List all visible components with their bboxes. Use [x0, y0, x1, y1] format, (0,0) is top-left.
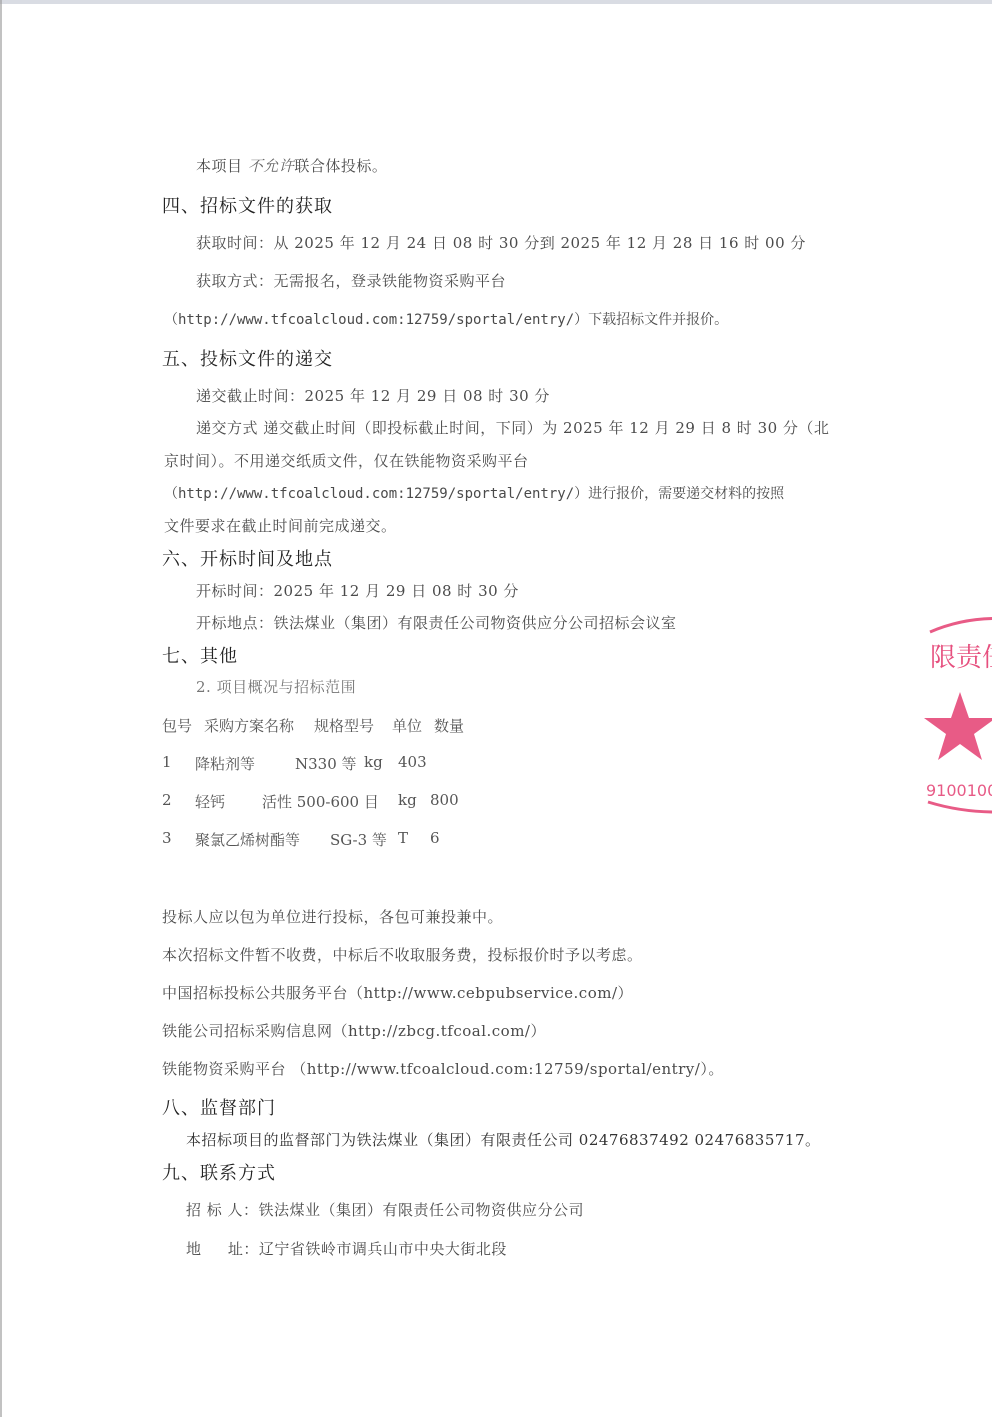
scan-top-band — [0, 0, 992, 4]
table-header-row: 包号 采购方案名称 规格型号 单位 数量 — [162, 715, 562, 735]
opening-time: 开标时间：2025 年 12 月 29 日 08 时 30 分 — [196, 580, 519, 601]
cell-unit: kg — [398, 791, 417, 809]
opening-place: 开标地点：铁法煤业（集团）有限责任公司物资供应分公司招标会议室 — [196, 612, 677, 633]
intro-suffix: 联合体投标。 — [294, 157, 387, 175]
cell-name: 聚氯乙烯树酯等 — [195, 829, 300, 850]
section-7-heading: 七、其他 — [162, 642, 238, 668]
link-cebpubservice[interactable]: 中国招标投标公共服务平台（http://www.cebpubservice.co… — [162, 982, 633, 1003]
col-unit: 单位 — [392, 715, 422, 736]
cell-unit: T — [398, 829, 408, 847]
intro-emphasis: 不允许 — [248, 157, 295, 175]
col-spec: 规格型号 — [314, 715, 374, 736]
cell-no: 2 — [162, 791, 172, 809]
cell-no: 3 — [162, 829, 172, 847]
scan-left-edge — [0, 0, 2, 1417]
contact-tenderer: 招 标 人：铁法煤业（集团）有限责任公司物资供应分公司 — [186, 1199, 584, 1220]
section-6-heading: 六、开标时间及地点 — [162, 545, 333, 571]
section-9-heading: 九、联系方式 — [162, 1159, 276, 1185]
supervision-text: 本招标项目的监督部门为铁法煤业（集团）有限责任公司 02476837492 02… — [186, 1129, 821, 1150]
cell-qty: 800 — [430, 791, 459, 809]
submission-method-line-2: 京时间）。不用递交纸质文件，仅在铁能物资采购平台 — [164, 450, 529, 471]
acquisition-url-line[interactable]: （http://www.tfcoalcloud.com:12759/sporta… — [164, 309, 728, 329]
project-overview-subheading: 2. 项目概况与招标范围 — [196, 676, 356, 697]
intro-prefix: 本项目 — [196, 157, 243, 175]
cell-name: 降粘剂等 — [195, 753, 255, 774]
col-qty: 数量 — [434, 715, 464, 736]
cell-qty: 403 — [398, 753, 427, 771]
col-package-no: 包号 — [162, 715, 192, 736]
company-seal-icon: 限责任公 9100100 — [918, 610, 992, 820]
cell-no: 1 — [162, 753, 172, 771]
table-row: 1 降粘剂等 N330 等 kg 403 — [162, 753, 562, 773]
cell-name: 轻钙 — [195, 791, 225, 812]
acquisition-time: 获取时间：从 2025 年 12 月 24 日 08 时 30 分到 2025 … — [196, 232, 806, 253]
link-tfcoalcloud[interactable]: 铁能物资采购平台 （http://www.tfcoalcloud.com:127… — [162, 1058, 724, 1079]
contact-address: 地 址：辽宁省铁岭市调兵山市中央大街北段 — [186, 1238, 507, 1259]
table-row: 3 聚氯乙烯树酯等 SG-3 等 T 6 — [162, 829, 562, 849]
section-4-heading: 四、招标文件的获取 — [162, 192, 333, 218]
cell-spec: N330 等 — [295, 753, 357, 774]
section-8-heading: 八、监督部门 — [162, 1094, 276, 1120]
cell-spec: SG-3 等 — [330, 829, 387, 850]
section-5-heading: 五、投标文件的递交 — [162, 345, 333, 371]
cell-unit: kg — [364, 753, 383, 771]
note-bid-by-package: 投标人应以包为单位进行投标，各包可兼投兼中。 — [162, 906, 503, 927]
table-row: 2 轻钙 活性 500-600 目 kg 800 — [162, 791, 562, 811]
link-zbcg[interactable]: 铁能公司招标采购信息网（http://zbcg.tfcoal.com/） — [162, 1020, 546, 1041]
submission-method-line-1: 递交方式 递交截止时间（即投标截止时间，下同）为 2025 年 12 月 29 … — [196, 417, 829, 438]
submission-method-line-3[interactable]: （http://www.tfcoalcloud.com:12759/sporta… — [164, 483, 784, 503]
svg-text:9100100: 9100100 — [926, 781, 992, 800]
svg-text:限责任公: 限责任公 — [930, 643, 992, 673]
col-scheme-name: 采购方案名称 — [204, 715, 294, 736]
intro-paragraph: 本项目 不允许联合体投标。 — [196, 155, 387, 176]
note-fee: 本次招标文件暂不收费，中标后不收取服务费，投标报价时予以考虑。 — [162, 944, 643, 965]
submission-deadline: 递交截止时间：2025 年 12 月 29 日 08 时 30 分 — [196, 385, 550, 406]
cell-spec: 活性 500-600 目 — [262, 791, 379, 812]
submission-method-line-4: 文件要求在截止时间前完成递交。 — [164, 515, 397, 536]
acquisition-method: 获取方式：无需报名，登录铁能物资采购平台 — [196, 270, 506, 291]
cell-qty: 6 — [430, 829, 440, 847]
